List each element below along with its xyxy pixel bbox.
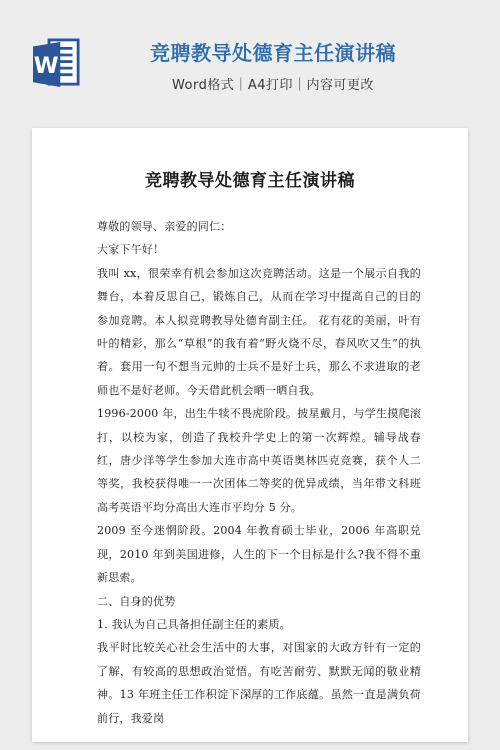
page-title: 竞聘教导处德育主任演讲稿 xyxy=(150,41,396,65)
page-number: 1 xyxy=(32,690,468,700)
doc-paragraph: 1996-2000 年，出生牛犊不畏虎阶段。披星戴月，与学生摸爬滚打，以校为家，… xyxy=(97,402,421,519)
doc-paragraph: 我叫 xx，很荣幸有机会参加这次竞聘活动。这是一个展示自我的舞台，本着反思自己，… xyxy=(97,262,421,402)
doc-paragraph: 我平时比较关心社会生活中的大事，对国家的大政方针有一定的了解，有较高的思想政治觉… xyxy=(97,636,421,730)
doc-paragraph: 1. 我认为自己具备担任副主任的素质。 xyxy=(97,613,421,636)
header: W 竞聘教导处德育主任演讲稿 Word格式｜A4打印｜内容可更改 xyxy=(0,0,500,120)
header-text: 竞聘教导处德育主任演讲稿 Word格式｜A4打印｜内容可更改 xyxy=(46,0,500,120)
doc-paragraph: 2009 至今迷惘阶段。2004 年教育硕士毕业，2006 年高职兑现，2010… xyxy=(97,519,421,589)
page-subtitle: Word格式｜A4打印｜内容可更改 xyxy=(172,74,374,93)
document-page: 竞聘教导处德育主任演讲稿 尊敬的领导、亲爱的同仁： 大家下午好！ 我叫 xx，很… xyxy=(32,128,468,742)
doc-paragraph: 二、自身的优势 xyxy=(97,590,421,613)
document-body: 尊敬的领导、亲爱的同仁： 大家下午好！ 我叫 xx，很荣幸有机会参加这次竞聘活动… xyxy=(32,215,468,730)
doc-paragraph: 尊敬的领导、亲爱的同仁： xyxy=(97,215,421,238)
document-title: 竞聘教导处德育主任演讲稿 xyxy=(32,166,468,191)
doc-paragraph: 大家下午好！ xyxy=(97,238,421,261)
